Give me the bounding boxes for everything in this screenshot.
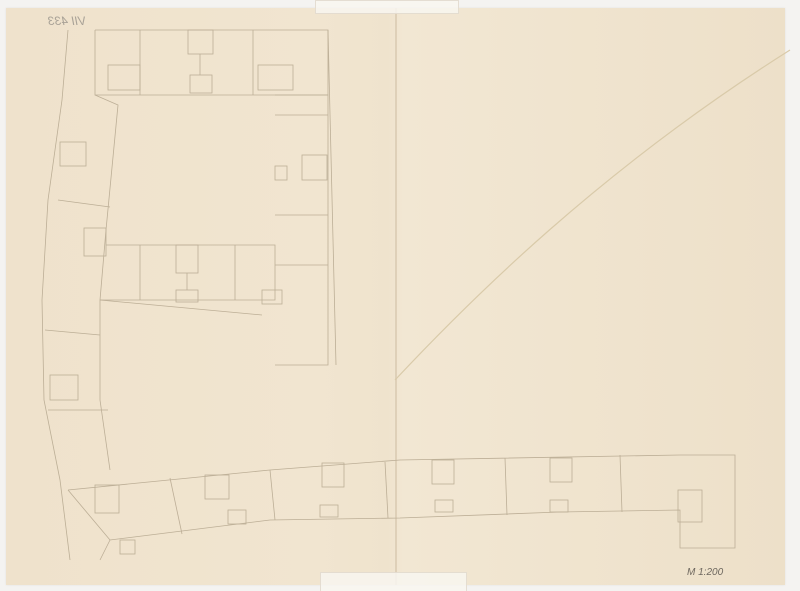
paper-crease (395, 50, 790, 380)
tape-strip-bottom (320, 572, 467, 591)
reference-mark: VII 433 (48, 14, 86, 28)
scale-label: M 1:200 (687, 567, 723, 578)
tape-strip-top (315, 0, 459, 14)
floor-plan-drawing (0, 0, 800, 591)
